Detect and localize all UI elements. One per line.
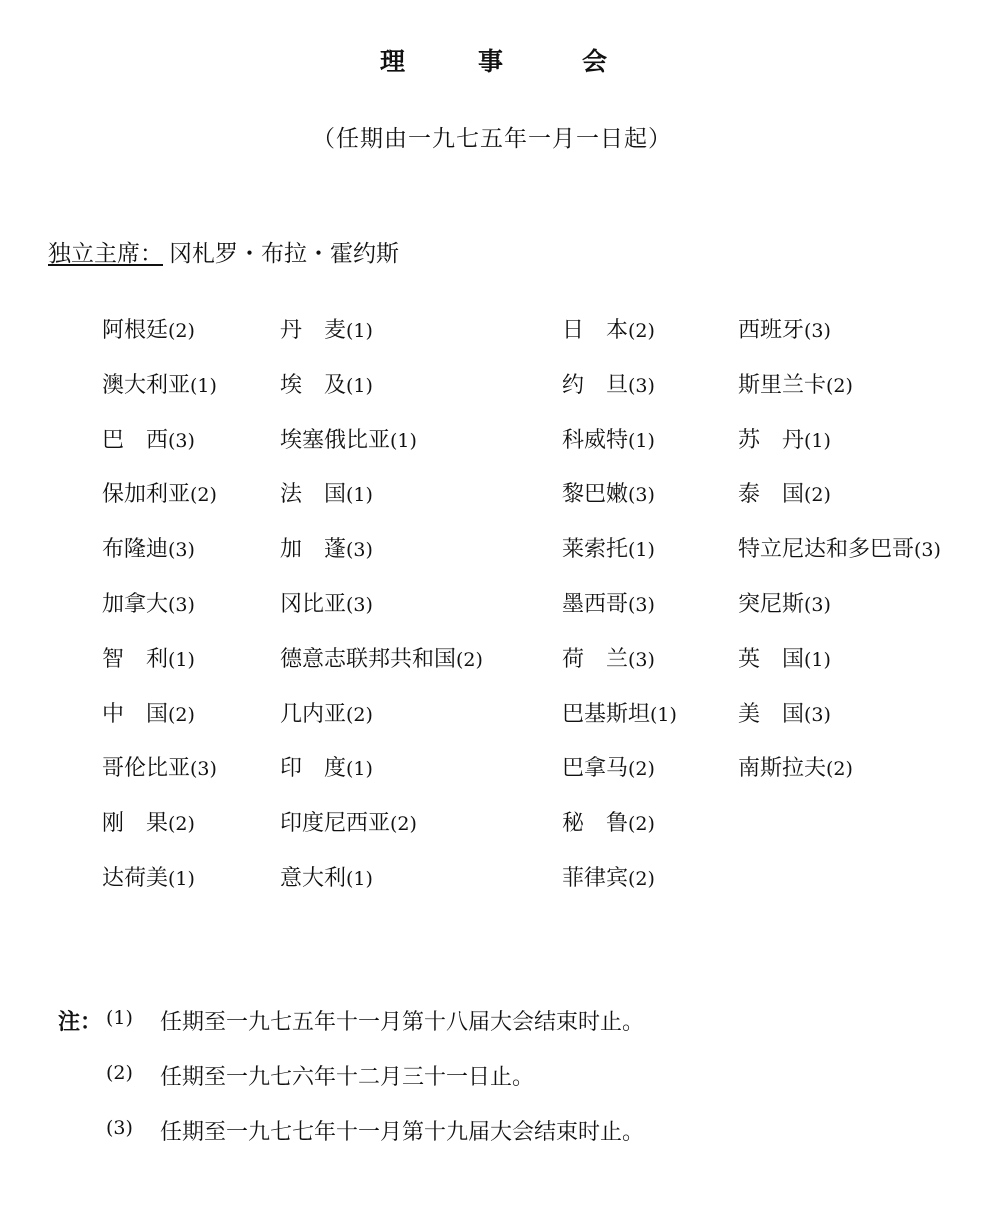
member-item: 斯里兰卡(2) xyxy=(738,371,941,426)
member-item: 秘 鲁(2) xyxy=(562,809,677,864)
member-item: 特立尼达和多巴哥(3) xyxy=(738,535,941,590)
title-char: 理 xyxy=(380,42,405,78)
member-item: 布隆迪(3) xyxy=(102,535,217,590)
note-text: 任期至一九七七年十一月第十九届大会结束时止。 xyxy=(160,1115,644,1146)
member-column-1: 阿根廷(2) 澳大利亚(1) 巴 西(3) 保加利亚(2) 布隆迪(3) 加拿大… xyxy=(102,316,217,919)
term-subtitle: （任期由一九七五年一月一日起） xyxy=(312,120,672,153)
member-item: 日 本(2) xyxy=(562,316,677,371)
member-item: 德意志联邦共和国(2) xyxy=(280,645,483,700)
chairman-name: 冈札罗・布拉・霍约斯 xyxy=(169,241,399,267)
member-item: 加 蓬(3) xyxy=(280,535,483,590)
member-item: 黎巴嫩(3) xyxy=(562,480,677,535)
member-item: 印 度(1) xyxy=(280,754,483,809)
member-item: 阿根廷(2) xyxy=(102,316,217,371)
member-item: 苏 丹(1) xyxy=(738,426,941,481)
member-item: 加拿大(3) xyxy=(102,590,217,645)
member-item: 巴拿马(2) xyxy=(562,754,677,809)
member-item: 巴基斯坦(1) xyxy=(562,700,677,755)
member-item: 泰 国(2) xyxy=(738,480,941,535)
member-item: 莱索托(1) xyxy=(562,535,677,590)
member-item: 澳大利亚(1) xyxy=(102,371,217,426)
member-item: 几内亚(2) xyxy=(280,700,483,755)
member-item: 荷 兰(3) xyxy=(562,645,677,700)
member-item: 南斯拉夫(2) xyxy=(738,754,941,809)
note-number: (2) xyxy=(106,1062,133,1084)
member-item: 冈比亚(3) xyxy=(280,590,483,645)
member-item: 埃 及(1) xyxy=(280,371,483,426)
chairman-line: 独立主席：冈札罗・布拉・霍约斯 xyxy=(48,235,399,268)
member-item: 突尼斯(3) xyxy=(738,590,941,645)
title-char: 事 xyxy=(478,42,503,78)
note-number: (1) xyxy=(106,1007,133,1029)
note-text: 任期至一九七五年十一月第十八届大会结束时止。 xyxy=(160,1005,644,1036)
member-item: 墨西哥(3) xyxy=(562,590,677,645)
member-column-3: 日 本(2) 约 旦(3) 科威特(1) 黎巴嫩(3) 莱索托(1) 墨西哥(3… xyxy=(562,316,677,919)
page-title: 理 事 会 xyxy=(0,42,1000,82)
member-item: 刚 果(2) xyxy=(102,809,217,864)
note-number: (3) xyxy=(106,1117,133,1139)
member-item: 法 国(1) xyxy=(280,480,483,535)
title-char: 会 xyxy=(582,42,607,78)
member-item: 达荷美(1) xyxy=(102,864,217,919)
member-item: 哥伦比亚(3) xyxy=(102,754,217,809)
member-item: 印度尼西亚(2) xyxy=(280,809,483,864)
member-column-2: 丹 麦(1) 埃 及(1) 埃塞俄比亚(1) 法 国(1) 加 蓬(3) 冈比亚… xyxy=(280,316,483,919)
note-text: 任期至一九七六年十二月三十一日止。 xyxy=(160,1060,534,1091)
member-item: 英 国(1) xyxy=(738,645,941,700)
member-item: 智 利(1) xyxy=(102,645,217,700)
notes-label: 注： xyxy=(58,1005,102,1036)
member-item: 意大利(1) xyxy=(280,864,483,919)
member-column-4: 西班牙(3) 斯里兰卡(2) 苏 丹(1) 泰 国(2) 特立尼达和多巴哥(3)… xyxy=(738,316,941,809)
chairman-label: 独立主席： xyxy=(48,241,163,267)
member-item: 约 旦(3) xyxy=(562,371,677,426)
member-item: 保加利亚(2) xyxy=(102,480,217,535)
member-item: 西班牙(3) xyxy=(738,316,941,371)
member-item: 巴 西(3) xyxy=(102,426,217,481)
member-item: 菲律宾(2) xyxy=(562,864,677,919)
member-item: 丹 麦(1) xyxy=(280,316,483,371)
member-item: 科威特(1) xyxy=(562,426,677,481)
member-item: 埃塞俄比亚(1) xyxy=(280,426,483,481)
member-item: 中 国(2) xyxy=(102,700,217,755)
member-item: 美 国(3) xyxy=(738,700,941,755)
